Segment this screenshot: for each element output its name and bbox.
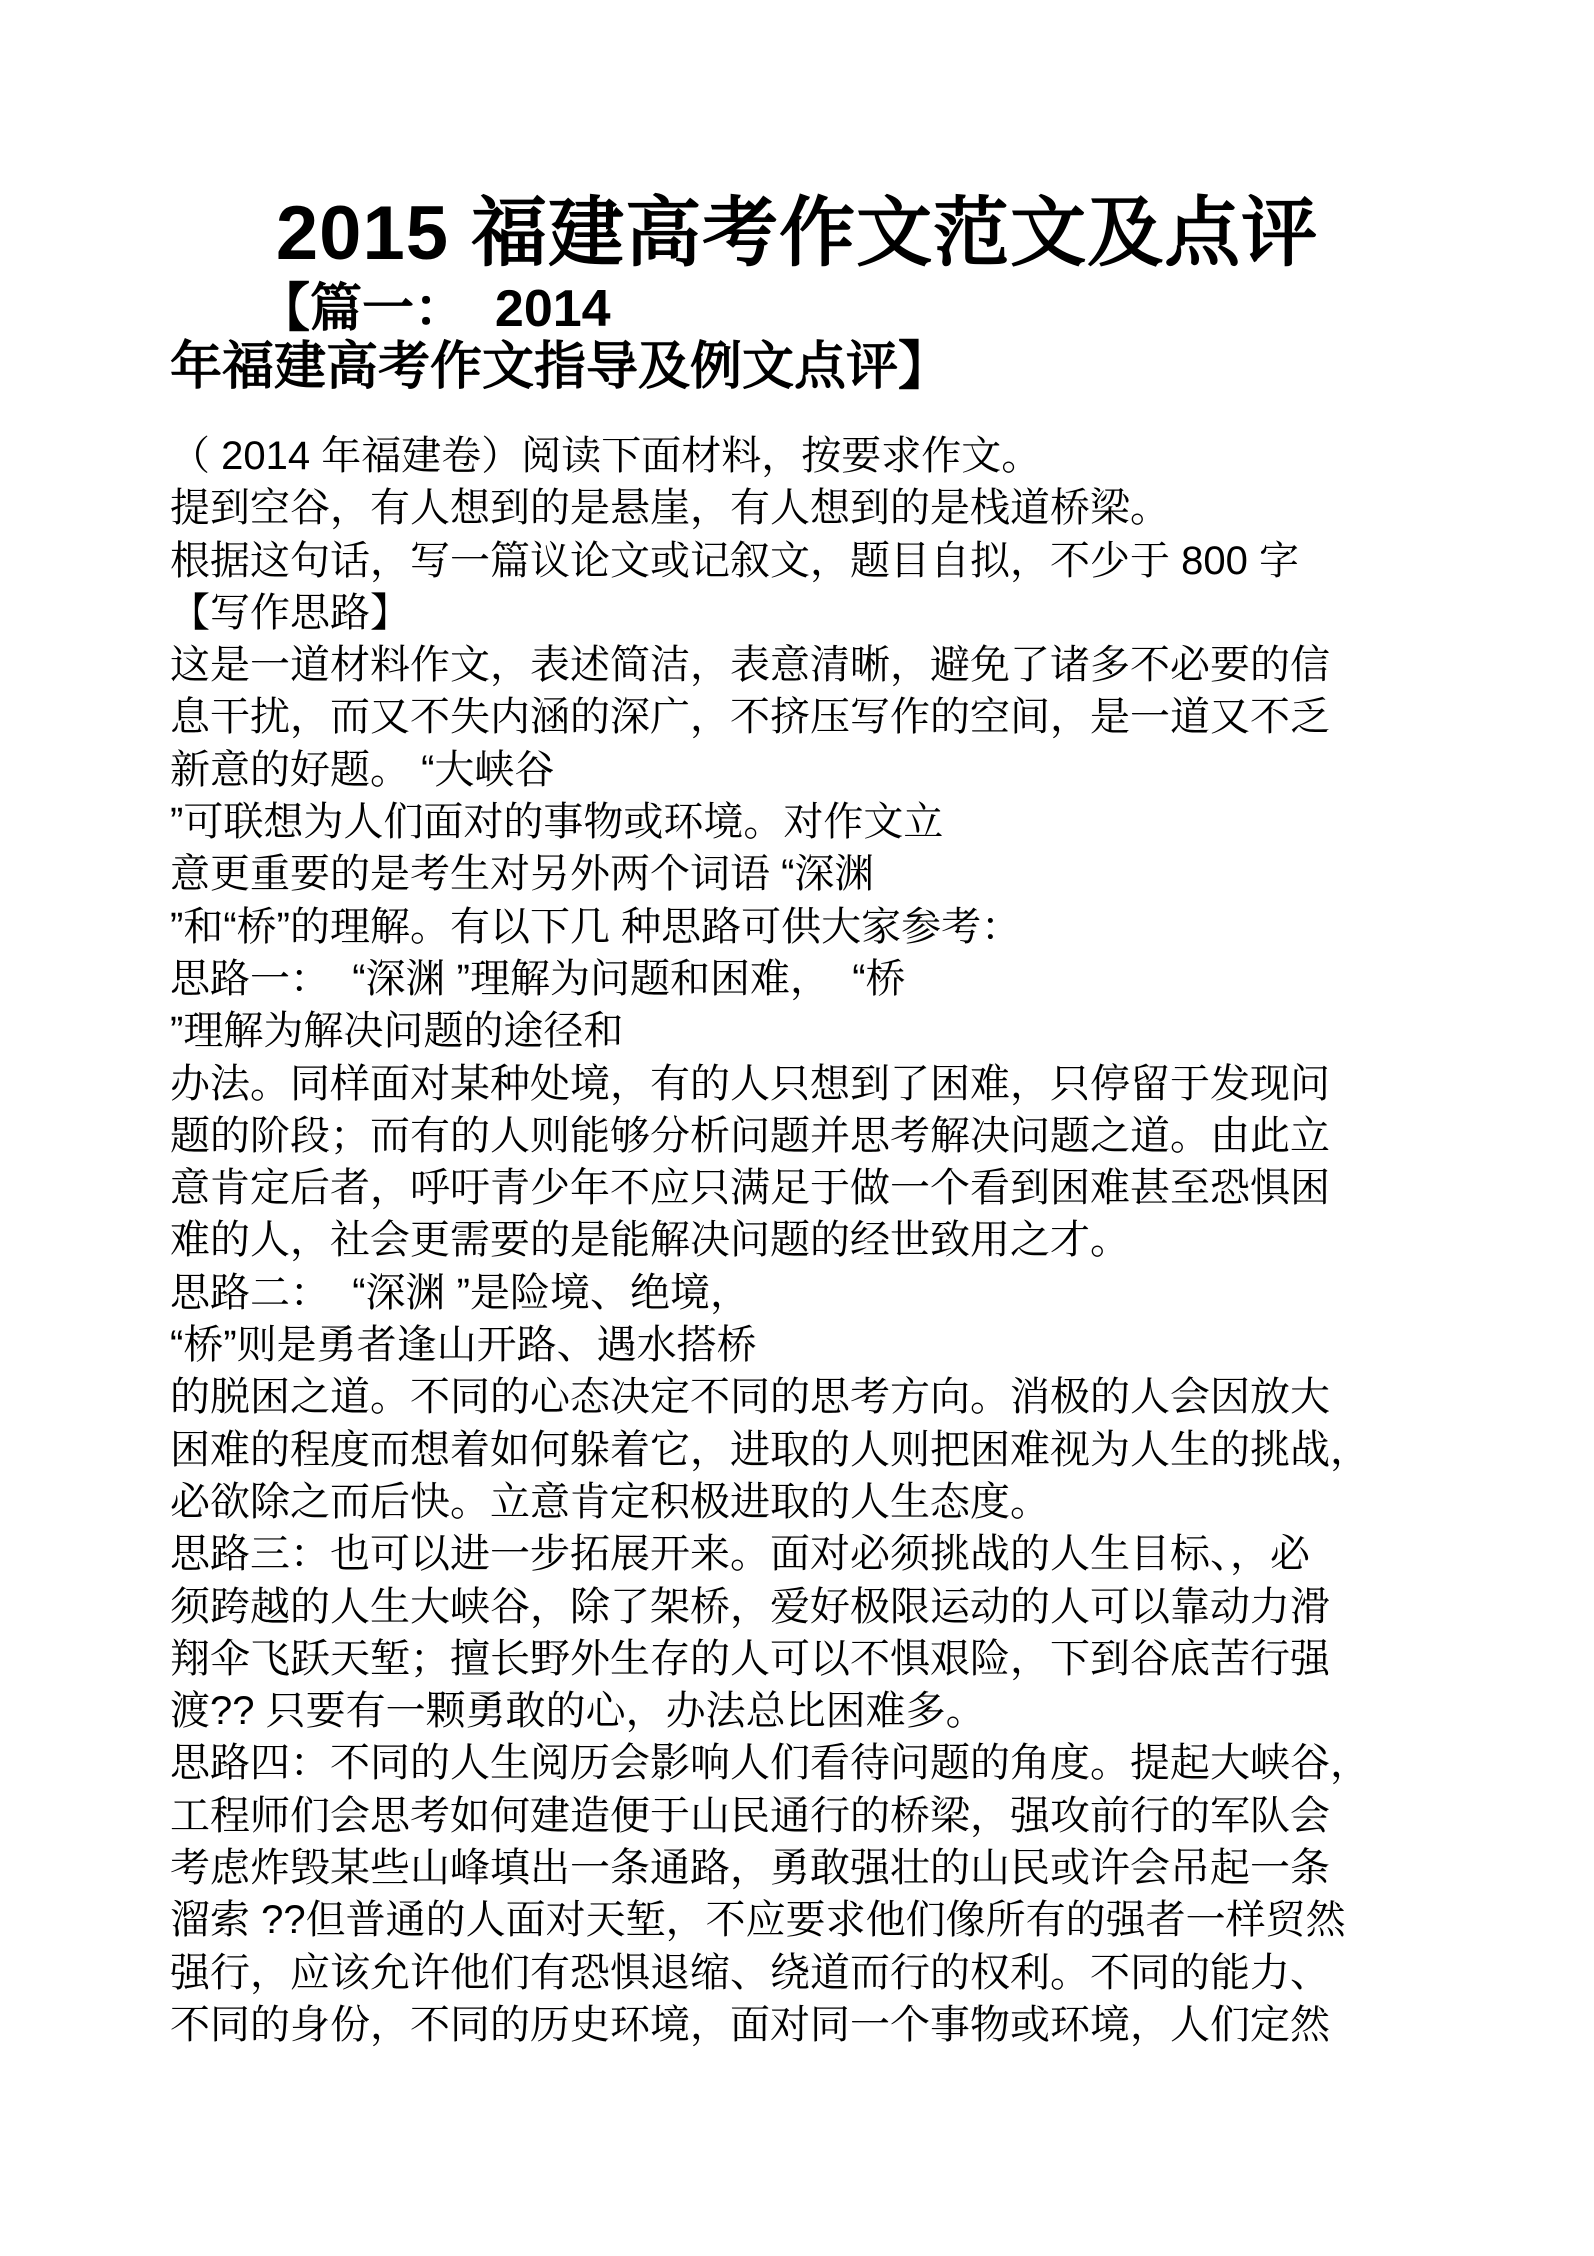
- document-body: （ 2014 年福建卷）阅读下面材料，按要求作文。提到空谷，有人想到的是悬崖，有…: [170, 430, 1380, 2051]
- body-line: 考虑炸毁某些山峰填出一条通路，勇敢强壮的山民或许会吊起一条: [170, 1842, 1380, 1894]
- body-line: ”和“桥”的理解。有以下几 种思路可供大家参考：: [170, 901, 1380, 953]
- body-line: 的脱困之道。不同的心态决定不同的思考方向。消极的人会因放大: [170, 1371, 1380, 1423]
- subtitle-line-2: 年福建高考作文指导及例文点评】: [170, 338, 950, 396]
- body-line: 意肯定后者，呼吁青少年不应只满足于做一个看到困难甚至恐惧困: [170, 1162, 1380, 1214]
- body-line: 翔伞飞跃天堑；擅长野外生存的人可以不惧艰险，下到谷底苦行强: [170, 1633, 1380, 1685]
- document-subtitle: 【篇一： 2014 年福建高考作文指导及例文点评】: [170, 280, 950, 396]
- body-line: 息干扰，而又不失内涵的深广，不挤压写作的空间，是一道又不乏: [170, 691, 1380, 743]
- document-page: 2015 福建高考作文范文及点评 【篇一： 2014 年福建高考作文指导及例文点…: [0, 0, 1594, 2256]
- body-line: 意更重要的是考生对另外两个词语 “深渊: [170, 848, 1380, 900]
- body-line: 须跨越的人生大峡谷，除了架桥，爱好极限运动的人可以靠动力滑: [170, 1581, 1380, 1633]
- body-line: 根据这句话，写一篇议论文或记叙文，题目自拟，不少于 800 字: [170, 535, 1380, 587]
- body-line: 思路一： “深渊 ”理解为问题和困难， “桥: [170, 953, 1380, 1005]
- body-line: ”理解为解决问题的途径和: [170, 1005, 1380, 1057]
- body-line: 【写作思路】: [170, 587, 1380, 639]
- body-line: 办法。同样面对某种处境，有的人只想到了困难，只停留于发现问: [170, 1058, 1380, 1110]
- body-line: 不同的身份，不同的历史环境，面对同一个事物或环境，人们定然: [170, 1999, 1380, 2051]
- body-line: 思路二： “深渊 ”是险境、绝境，: [170, 1267, 1380, 1319]
- body-line: 必欲除之而后快。立意肯定积极进取的人生态度。: [170, 1476, 1380, 1528]
- body-line: 思路三：也可以进一步拓展开来。面对必须挑战的人生目标、，必: [170, 1528, 1380, 1580]
- body-line: （ 2014 年福建卷）阅读下面材料，按要求作文。: [170, 430, 1380, 482]
- subtitle-line-1: 【篇一： 2014: [170, 280, 950, 338]
- document-title: 2015 福建高考作文范文及点评: [0, 195, 1594, 273]
- body-line: 难的人，社会更需要的是能解决问题的经世致用之才。: [170, 1214, 1380, 1266]
- body-line: 强行，应该允许他们有恐惧退缩、绕道而行的权利。不同的能力、: [170, 1947, 1380, 1999]
- body-line: 这是一道材料作文，表述简洁，表意清晰，避免了诸多不必要的信: [170, 639, 1380, 691]
- body-line: “桥”则是勇者逢山开路、遇水搭桥: [170, 1319, 1380, 1371]
- body-line: 工程师们会思考如何建造便于山民通行的桥梁，强攻前行的军队会: [170, 1790, 1380, 1842]
- body-line: 新意的好题。 “大峡谷: [170, 744, 1380, 796]
- body-line: 困难的程度而想着如何躲着它，进取的人则把困难视为人生的挑战，: [170, 1424, 1380, 1476]
- body-line: 溜索 ??但普通的人面对天堑，不应要求他们像所有的强者一样贸然: [170, 1894, 1380, 1946]
- body-line: ”可联想为人们面对的事物或环境。对作文立: [170, 796, 1380, 848]
- body-line: 渡?? 只要有一颗勇敢的心，办法总比困难多。: [170, 1685, 1380, 1737]
- body-line: 提到空谷，有人想到的是悬崖，有人想到的是栈道桥梁。: [170, 482, 1380, 534]
- body-line: 思路四：不同的人生阅历会影响人们看待问题的角度。提起大峡谷，: [170, 1737, 1380, 1789]
- body-line: 题的阶段；而有的人则能够分析问题并思考解决问题之道。由此立: [170, 1110, 1380, 1162]
